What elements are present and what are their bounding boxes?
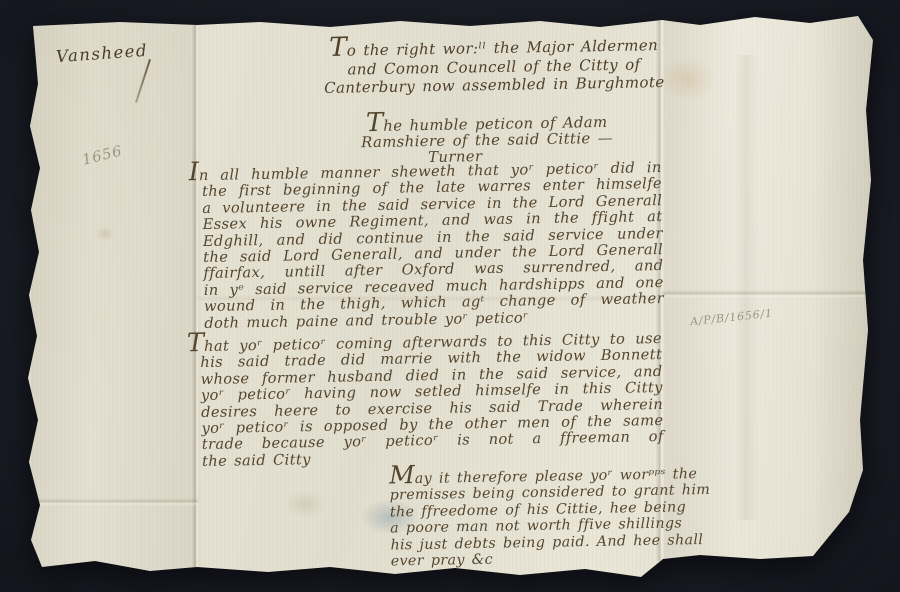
manuscript-paper: Vansheed 1656 A/P/B/1656/1 To the right … [0,0,900,592]
fold-crease-vertical-faint [734,55,758,520]
photograph-background: Vansheed 1656 A/P/B/1656/1 To the right … [0,0,900,592]
prayer-clause: May it therefore please yoʳ worᵖᵖˢ the p… [389,462,673,570]
body-paragraph-2: That yoʳ peticoʳ coming afterwards to th… [200,327,664,470]
endorsement-flourish-stroke [135,59,151,103]
pencil-archive-reference: A/P/B/1656/1 [690,307,774,329]
paper-sheet: Vansheed 1656 A/P/B/1656/1 To the right … [0,0,900,592]
fold-crease-horizontal-right [662,290,868,298]
pencil-year-annotation: 1656 [81,143,125,168]
address-block: To the right wor:ˡˡ the Major Aldermen a… [316,33,673,98]
faint-stain [283,490,327,518]
endorsement-note: Vansheed [55,41,148,66]
fold-crease-horizontal-left [31,498,198,506]
small-stain [95,226,115,241]
body-paragraph-1: In all humble manner sheweth that yoʳ pe… [202,156,665,332]
prayer-line: ever pray &c [391,549,673,570]
fold-crease-vertical-left [192,23,200,569]
left-fold-panel [31,22,197,570]
